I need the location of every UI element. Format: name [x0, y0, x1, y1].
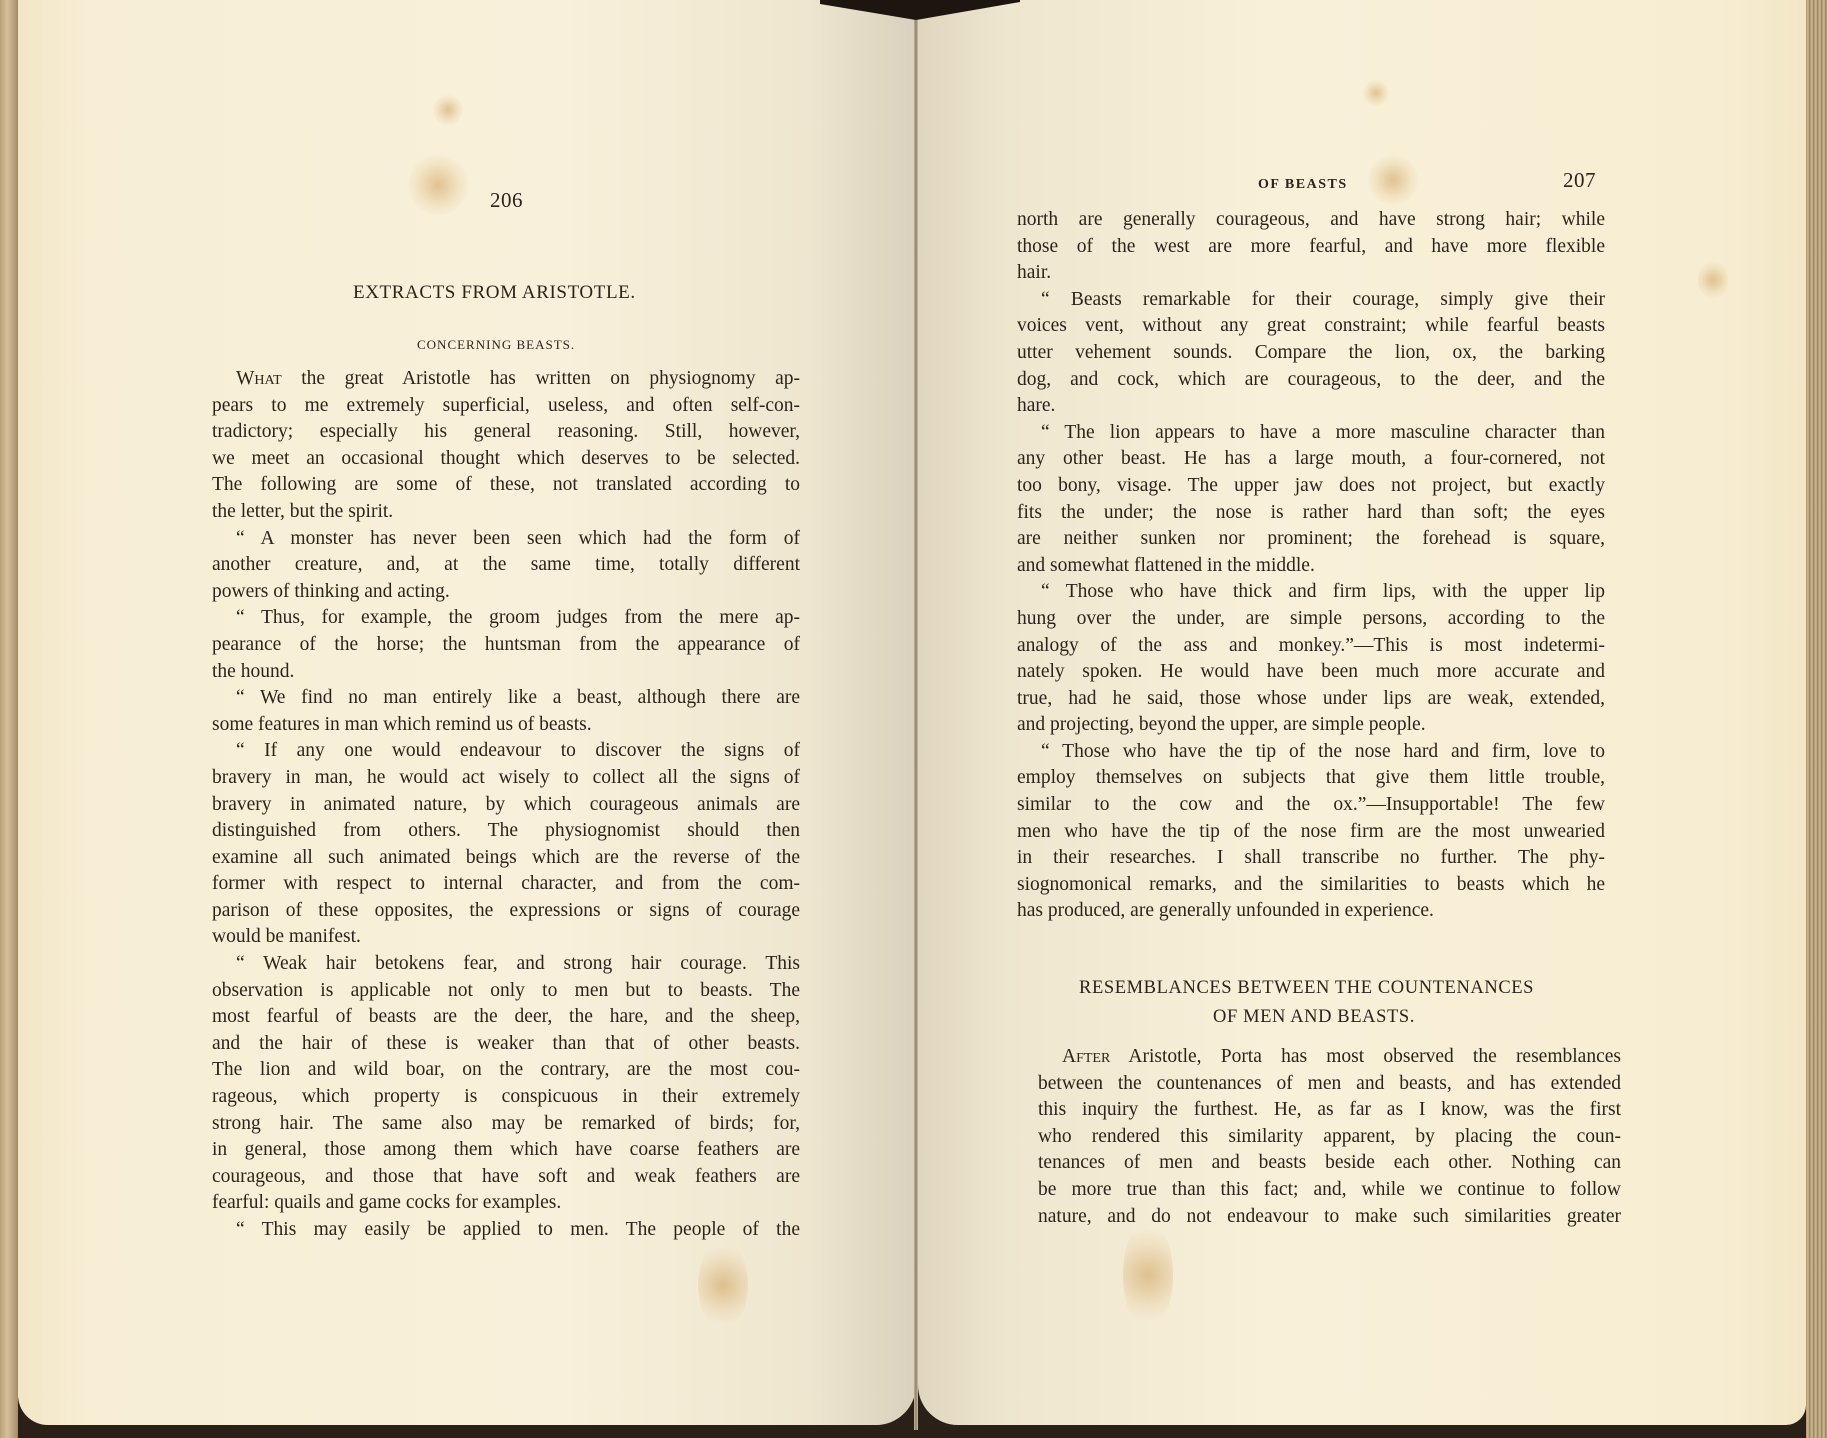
line-text: “ Those who have the tip of the nose har…	[1041, 741, 1605, 762]
text-line: powers of thinking and acting.	[212, 579, 800, 606]
text-line: nature, and do not endeavour to make suc…	[1038, 1204, 1621, 1231]
foxing-stain	[1363, 80, 1389, 106]
text-line: who rendered this similarity apparent, b…	[1038, 1124, 1621, 1151]
line-text: those of the west are more fearful, and …	[1017, 236, 1605, 257]
line-text: hare.	[1017, 395, 1055, 416]
line-text: tenances of men and beasts beside each o…	[1038, 1152, 1621, 1173]
left-page-body: What the great Aristotle has written on …	[212, 366, 800, 1244]
text-line: similar to the cow and the ox.”—Insuppor…	[1017, 792, 1605, 819]
foxing-stain	[1698, 260, 1728, 300]
text-line: in their researches. I shall transcribe …	[1017, 845, 1605, 872]
text-line: bravery in animated nature, by which cou…	[212, 792, 800, 819]
text-line: and projecting, beyond the upper, are si…	[1017, 712, 1605, 739]
right-page-body: north are generally courageous, and have…	[1017, 207, 1605, 925]
text-line: this inquiry the furthest. He, as far as…	[1038, 1097, 1621, 1124]
line-text: any other beast. He has a large mouth, a…	[1017, 448, 1605, 469]
foxing-stain	[408, 155, 468, 215]
line-text: some features in man which remind us of …	[212, 714, 592, 735]
right-book-edge	[1806, 0, 1827, 1438]
text-line: men who have the tip of the nose firm ar…	[1017, 819, 1605, 846]
text-line: those of the west are more fearful, and …	[1017, 234, 1605, 261]
line-text: would be manifest.	[212, 926, 361, 947]
line-text: another creature, and, at the same time,…	[212, 554, 800, 575]
text-line: another creature, and, at the same time,…	[212, 552, 800, 579]
text-line: dog, and cock, which are courageous, to …	[1017, 367, 1605, 394]
line-text: nately spoken. He would have been much m…	[1017, 661, 1605, 682]
text-line: too bony, visage. The upper jaw does not…	[1017, 473, 1605, 500]
text-line: between the countenances of men and beas…	[1038, 1071, 1621, 1098]
text-line: we meet an occasional thought which dese…	[212, 446, 800, 473]
line-text: “ Those who have thick and firm lips, wi…	[1041, 581, 1605, 602]
line-text: fearful: quails and game cocks for examp…	[212, 1192, 561, 1213]
line-text: The lion and wild boar, on the contrary,…	[212, 1059, 800, 1080]
text-line: voices vent, without any great constrain…	[1017, 313, 1605, 340]
text-line: tenances of men and beasts beside each o…	[1038, 1150, 1621, 1177]
text-line: “ This may easily be applied to men. The…	[212, 1217, 800, 1244]
text-line: bravery in man, he would act wisely to c…	[212, 765, 800, 792]
line-text: analogy of the ass and monkey.”—This is …	[1017, 635, 1605, 656]
text-line: the hound.	[212, 659, 800, 686]
text-line: The following are some of these, not tra…	[212, 472, 800, 499]
text-line: fits the under; the nose is rather hard …	[1017, 500, 1605, 527]
line-text: “ If any one would endeavour to discover…	[236, 740, 800, 761]
text-line: employ themselves on subjects that give …	[1017, 765, 1605, 792]
text-line: hung over the under, are simple persons,…	[1017, 606, 1605, 633]
text-line: courageous, and those that have soft and…	[212, 1164, 800, 1191]
text-line: analogy of the ass and monkey.”—This is …	[1017, 633, 1605, 660]
line-text: be more true than this fact; and, while …	[1038, 1179, 1621, 1200]
line-text: employ themselves on subjects that give …	[1017, 767, 1605, 788]
text-line: “ Weak hair betokens fear, and strong ha…	[212, 951, 800, 978]
small-caps-lead: What	[236, 368, 282, 389]
line-text: The following are some of these, not tra…	[212, 474, 800, 495]
line-text: we meet an occasional thought which dese…	[212, 448, 800, 469]
running-head: OF BEASTS	[1258, 177, 1348, 193]
line-text: dog, and cock, which are courageous, to …	[1017, 369, 1605, 390]
text-line: the letter, but the spirit.	[212, 499, 800, 526]
line-text: the great Aristotle has written on physi…	[301, 368, 800, 389]
line-text: bravery in animated nature, by which cou…	[212, 794, 800, 815]
chapter-title: EXTRACTS FROM ARISTOTLE.	[353, 282, 636, 304]
line-text: men who have the tip of the nose firm ar…	[1017, 821, 1605, 842]
line-text: utter vehement sounds. Compare the lion,…	[1017, 342, 1605, 363]
section-body: After Aristotle, Porta has most observed…	[1038, 1044, 1621, 1230]
line-text: who rendered this similarity apparent, b…	[1038, 1126, 1621, 1147]
line-text: fits the under; the nose is rather hard …	[1017, 502, 1605, 523]
text-line: has produced, are generally unfounded in…	[1017, 898, 1605, 925]
text-line: hare.	[1017, 393, 1605, 420]
line-text: most fearful of beasts are the deer, the…	[212, 1006, 800, 1027]
line-text: nature, and do not endeavour to make suc…	[1038, 1206, 1621, 1227]
line-text: “ Thus, for example, the groom judges fr…	[236, 607, 800, 628]
line-text: “ Beasts remarkable for their courage, s…	[1041, 289, 1605, 310]
line-text: “ A monster has never been seen which ha…	[236, 528, 800, 549]
line-text: bravery in man, he would act wisely to c…	[212, 767, 800, 788]
line-text: too bony, visage. The upper jaw does not…	[1017, 475, 1605, 496]
left-book-edge	[0, 0, 18, 1438]
line-text: “ This may easily be applied to men. The…	[236, 1219, 800, 1240]
text-line: true, had he said, those whose under lip…	[1017, 686, 1605, 713]
text-line: After Aristotle, Porta has most observed…	[1038, 1044, 1621, 1071]
text-line: “ Thus, for example, the groom judges fr…	[212, 605, 800, 632]
line-text: siognomonical remarks, and the similarit…	[1017, 874, 1605, 895]
text-line: “ If any one would endeavour to discover…	[212, 738, 800, 765]
text-line: pearance of the horse; the huntsman from…	[212, 632, 800, 659]
text-line: “ We find no man entirely like a beast, …	[212, 685, 800, 712]
text-line: any other beast. He has a large mouth, a…	[1017, 446, 1605, 473]
line-text: and somewhat flattened in the middle.	[1017, 555, 1315, 576]
text-line: be more true than this fact; and, while …	[1038, 1177, 1621, 1204]
line-text: in general, those among them which have …	[212, 1139, 800, 1160]
text-line: would be manifest.	[212, 924, 800, 951]
foxing-stain	[1368, 155, 1418, 205]
text-line: nately spoken. He would have been much m…	[1017, 659, 1605, 686]
line-text: true, had he said, those whose under lip…	[1017, 688, 1605, 709]
line-text: Aristotle, Porta has most observed the r…	[1128, 1046, 1621, 1067]
line-text: distinguished from others. The physiogno…	[212, 820, 800, 841]
text-line: utter vehement sounds. Compare the lion,…	[1017, 340, 1605, 367]
text-line: some features in man which remind us of …	[212, 712, 800, 739]
line-text: voices vent, without any great constrain…	[1017, 315, 1605, 336]
text-line: fearful: quails and game cocks for examp…	[212, 1190, 800, 1217]
line-text: has produced, are generally unfounded in…	[1017, 900, 1434, 921]
line-text: powers of thinking and acting.	[212, 581, 450, 602]
line-text: tradictory; especially his general reaso…	[212, 421, 800, 442]
text-line: and the hair of these is weaker than tha…	[212, 1031, 800, 1058]
text-line: strong hair. The same also may be remark…	[212, 1111, 800, 1138]
line-text: in their researches. I shall transcribe …	[1017, 847, 1605, 868]
text-line: parison of these opposites, the expressi…	[212, 898, 800, 925]
text-line: former with respect to internal characte…	[212, 871, 800, 898]
text-line: observation is applicable not only to me…	[212, 978, 800, 1005]
text-line: distinguished from others. The physiogno…	[212, 818, 800, 845]
line-text: and projecting, beyond the upper, are si…	[1017, 714, 1426, 735]
text-line: north are generally courageous, and have…	[1017, 207, 1605, 234]
line-text: observation is applicable not only to me…	[212, 980, 800, 1001]
line-text: former with respect to internal characte…	[212, 873, 800, 894]
text-line: tradictory; especially his general reaso…	[212, 419, 800, 446]
text-line: “ Beasts remarkable for their courage, s…	[1017, 287, 1605, 314]
line-text: “ Weak hair betokens fear, and strong ha…	[236, 953, 800, 974]
text-line: in general, those among them which have …	[212, 1137, 800, 1164]
text-line: hair.	[1017, 260, 1605, 287]
line-text: strong hair. The same also may be remark…	[212, 1113, 800, 1134]
line-text: similar to the cow and the ox.”—Insuppor…	[1017, 794, 1605, 815]
book-gutter	[914, 0, 918, 1430]
foxing-stain	[698, 1240, 748, 1330]
line-text: courageous, and those that have soft and…	[212, 1166, 800, 1187]
line-text: “ The lion appears to have a more mascul…	[1041, 422, 1605, 443]
line-text: hair.	[1017, 262, 1051, 283]
text-line: and somewhat flattened in the middle.	[1017, 553, 1605, 580]
foxing-stain	[1123, 1220, 1173, 1330]
line-text: “ We find no man entirely like a beast, …	[236, 687, 800, 708]
text-line: most fearful of beasts are the deer, the…	[212, 1004, 800, 1031]
line-text: hung over the under, are simple persons,…	[1017, 608, 1605, 629]
text-line: rageous, which property is conspicuous i…	[212, 1084, 800, 1111]
line-text: the letter, but the spirit.	[212, 501, 393, 522]
text-line: siognomonical remarks, and the similarit…	[1017, 872, 1605, 899]
section-title-line1: RESEMBLANCES BETWEEN THE COUNTENANCES	[1079, 978, 1534, 999]
line-text: parison of these opposites, the expressi…	[212, 900, 800, 921]
right-page-number: 207	[1563, 168, 1596, 193]
text-line: “ A monster has never been seen which ha…	[212, 526, 800, 553]
text-line: pears to me extremely superficial, usele…	[212, 393, 800, 420]
line-text: the hound.	[212, 661, 294, 682]
text-line: The lion and wild boar, on the contrary,…	[212, 1057, 800, 1084]
line-text: and the hair of these is weaker than tha…	[212, 1033, 800, 1054]
small-caps-lead: After	[1062, 1046, 1110, 1067]
text-line: What the great Aristotle has written on …	[212, 366, 800, 393]
line-text: pearance of the horse; the huntsman from…	[212, 634, 800, 655]
text-line: “ Those who have the tip of the nose har…	[1017, 739, 1605, 766]
line-text: rageous, which property is conspicuous i…	[212, 1086, 800, 1107]
text-line: examine all such animated beings which a…	[212, 845, 800, 872]
line-text: this inquiry the furthest. He, as far as…	[1038, 1099, 1621, 1120]
left-page-number: 206	[490, 188, 523, 213]
line-text: between the countenances of men and beas…	[1038, 1073, 1621, 1094]
chapter-subtitle: CONCERNING BEASTS.	[417, 337, 575, 353]
text-line: “ The lion appears to have a more mascul…	[1017, 420, 1605, 447]
line-text: north are generally courageous, and have…	[1017, 209, 1605, 230]
text-line: “ Those who have thick and firm lips, wi…	[1017, 579, 1605, 606]
foxing-stain	[433, 95, 463, 125]
text-line: are neither sunken nor prominent; the fo…	[1017, 526, 1605, 553]
section-title-line2: OF MEN AND BEASTS.	[1213, 1007, 1415, 1028]
line-text: are neither sunken nor prominent; the fo…	[1017, 528, 1605, 549]
line-text: pears to me extremely superficial, usele…	[212, 395, 800, 416]
line-text: examine all such animated beings which a…	[212, 847, 800, 868]
